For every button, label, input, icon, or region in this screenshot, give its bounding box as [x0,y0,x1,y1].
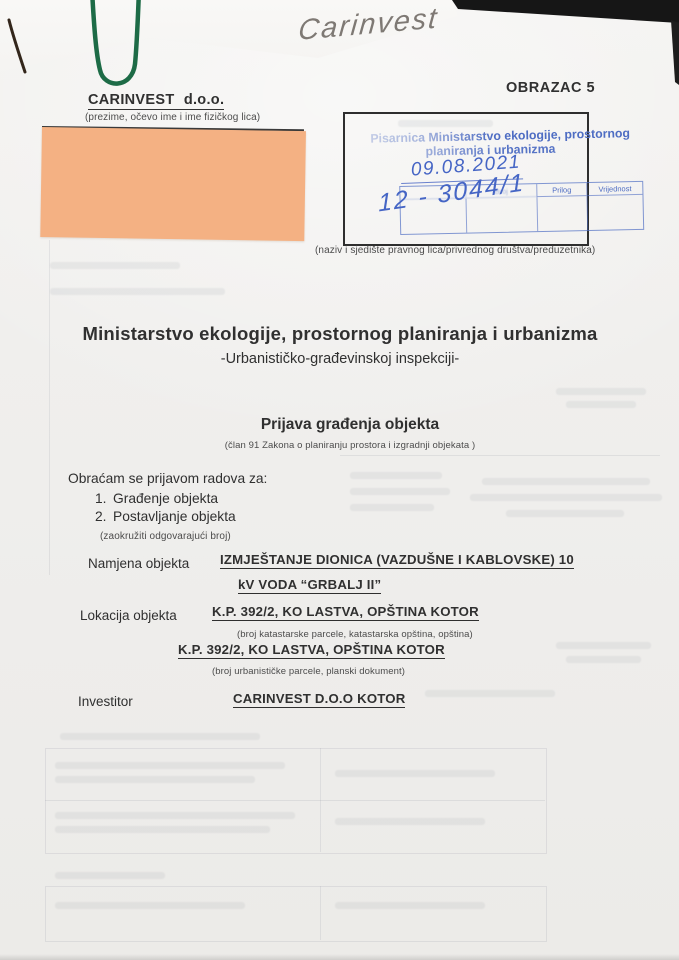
stamp-body-cell [536,196,588,231]
entity-caption: (naziv i sjedište pravnog lica/privredno… [315,245,595,256]
form-legal-basis: (član 91 Zakona o planiranju prostora i … [100,440,600,451]
bleedthrough-text [350,472,442,479]
lokacija-value-line2: K.P. 392/2, KO LASTVA, OPŠTINA KOTOR [178,642,445,659]
applicant-name-caption: (prezime, očevo ime i ime fizičkog lica) [85,112,260,123]
bleedthrough-text [50,288,225,295]
paperclip-icon [78,0,158,106]
stamp-col-3: Prilog [536,183,587,197]
bleedthrough-text [556,388,646,395]
bleedthrough-text [335,770,495,777]
lokacija-caption2: (broj urbanističke parcele, planski doku… [212,666,405,677]
form-intro: Obraćam se prijavom radova za: [68,471,267,486]
namjena-value-line1: IZMJEŠTANJE DIONICA (VAZDUŠNE I KABLOVSK… [220,552,574,569]
option-postavljanje: 2.Postavljanje objekta [95,509,236,524]
option-number: 2. [95,509,113,524]
field-label-namjena: Namjena objekta [88,556,189,571]
bleedthrough-text [55,812,295,819]
scanned-document-page: Carinvest OBRAZAC 5 CARINVEST d.o.o. (pr… [0,0,679,960]
bleedthrough-text [335,818,485,825]
bleedthrough-text [55,902,245,909]
field-label-lokacija: Lokacija objekta [80,608,177,623]
bleedthrough-rule [340,455,660,456]
option-gradjenje: 1.Građenje objekta [95,491,218,506]
applicant-name: CARINVEST d.o.o. [88,92,224,110]
redaction-block [40,127,306,241]
options-caption: (zaokružiti odgovarajući broj) [100,531,231,542]
bleedthrough-table-divider [320,886,321,940]
bleedthrough-text [470,494,662,501]
option-label: Postavljanje objekta [113,509,236,524]
bleedthrough-text [350,504,434,511]
field-label-investitor: Investitor [78,694,133,709]
bleedthrough-text [506,510,624,517]
ministry-title: Ministarstvo ekologije, prostornog plani… [60,323,620,345]
investitor-value: CARINVEST D.O.O KOTOR [233,691,405,708]
bleedthrough-text [425,690,555,697]
scan-bottom-shadow [0,954,679,960]
namjena-value-line2: kV VODA “GRBALJ II” [238,577,381,594]
lokacija-value-line1: K.P. 392/2, KO LASTVA, OPŠTINA KOTOR [212,604,479,621]
bleedthrough-text [566,401,636,408]
bleedthrough-text [50,262,180,269]
option-label: Građenje objekta [113,491,218,506]
pen-stroke-mark [2,16,36,80]
stamp-body-cell [587,195,643,230]
form-code: OBRAZAC 5 [506,80,595,96]
bleedthrough-text [55,826,270,833]
bleedthrough-text [335,902,485,909]
bleedthrough-text [556,642,651,649]
bleedthrough-text [482,478,650,485]
bleedthrough-table-rule [45,800,545,801]
bleedthrough-text [55,776,255,783]
stamp-col-4: Vrijednost [587,182,643,196]
bleedthrough-text [55,762,285,769]
lokacija-caption1: (broj katastarske parcele, katastarska o… [237,629,473,640]
bleedthrough-table [45,886,547,942]
bleedthrough-text [60,733,260,740]
bleedthrough-text [350,488,450,495]
option-number: 1. [95,491,113,506]
bleedthrough-text [566,656,641,663]
bleedthrough-text [55,872,165,879]
form-title: Prijava građenja objekta [100,416,600,434]
ministry-department: -Urbanističko-građevinskoj inspekciji- [60,351,620,367]
